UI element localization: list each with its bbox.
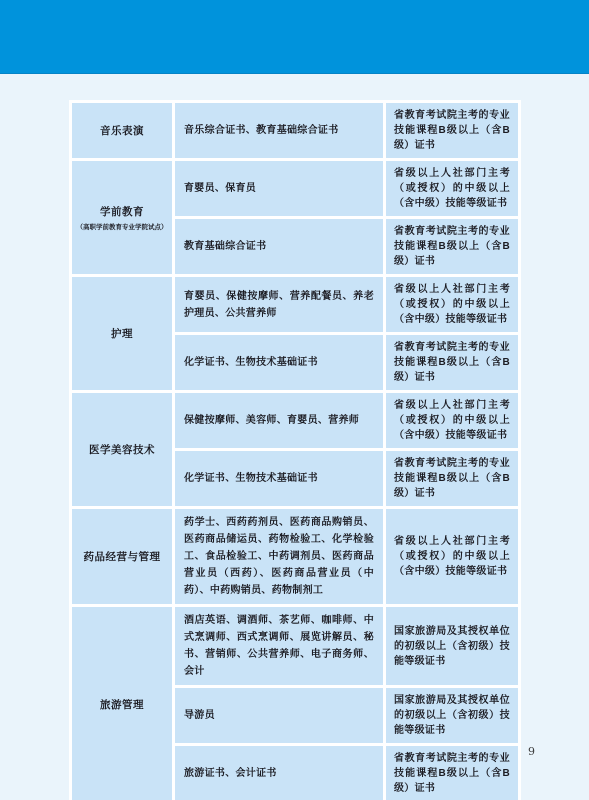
certs-cell: 化学证书、生物技术基础证书	[175, 451, 383, 506]
table-row: 医学美容技术保健按摩师、美容师、育婴员、营养师省级以上人社部门主考（或授权）的中…	[72, 393, 518, 448]
table-row: 药品经营与管理药学士、西药药剂员、医药商品购销员、医药商品储运员、药物检验工、化…	[72, 509, 518, 604]
requirement-cell: 省级以上人社部门主考（或授权）的中级以上（含中级）技能等级证书	[386, 393, 518, 448]
certs-cell: 保健按摩师、美容师、育婴员、营养师	[175, 393, 383, 448]
major-note: （高职学前教育专业学院试点）	[74, 222, 170, 231]
requirement-cell: 省级以上人社部门主考（或授权）的中级以上（含中级）技能等级证书	[386, 277, 518, 332]
major-cell: 学前教育（高职学前教育专业学院试点）	[72, 161, 172, 274]
requirement-cell: 国家旅游局及其授权单位的初级以上（含初级）技能等级证书	[386, 688, 518, 743]
major-cell: 音乐表演	[72, 103, 172, 158]
requirement-cell: 省级以上人社部门主考（或授权）的中级以上（含中级）技能等级证书	[386, 509, 518, 604]
requirement-cell: 省教育考试院主考的专业技能课程B级以上（含B级）证书	[386, 451, 518, 506]
major-cell: 护理	[72, 277, 172, 390]
table-row: 学前教育（高职学前教育专业学院试点）育婴员、保育员省级以上人社部门主考（或授权）…	[72, 161, 518, 216]
major-cell: 旅游管理	[72, 607, 172, 800]
certs-cell: 教育基础综合证书	[175, 219, 383, 274]
major-cell: 药品经营与管理	[72, 509, 172, 604]
header-band	[0, 0, 589, 74]
major-cell: 医学美容技术	[72, 393, 172, 506]
major-name: 旅游管理	[74, 697, 170, 712]
major-name: 药品经营与管理	[74, 549, 170, 564]
certs-cell: 导游员	[175, 688, 383, 743]
requirement-cell: 国家旅游局及其授权单位的初级以上（含初级）技能等级证书	[386, 607, 518, 685]
certs-cell: 育婴员、保育员	[175, 161, 383, 216]
major-name: 音乐表演	[74, 123, 170, 138]
table-row: 旅游管理酒店英语、调酒师、茶艺师、咖啡师、中式烹调师、西式烹调师、展览讲解员、秘…	[72, 607, 518, 685]
page-number: 9	[0, 745, 535, 758]
certs-cell: 育婴员、保健按摩师、营养配餐员、养老护理员、公共营养师	[175, 277, 383, 332]
requirement-cell: 省教育考试院主考的专业技能课程B级以上（含B级）证书	[386, 219, 518, 274]
certs-cell: 音乐综合证书、教育基础综合证书	[175, 103, 383, 158]
major-name: 护理	[74, 326, 170, 341]
requirement-cell: 省教育考试院主考的专业技能课程B级以上（含B级）证书	[386, 103, 518, 158]
document-page: 音乐表演音乐综合证书、教育基础综合证书省教育考试院主考的专业技能课程B级以上（含…	[0, 0, 589, 800]
requirement-cell: 省教育考试院主考的专业技能课程B级以上（含B级）证书	[386, 335, 518, 390]
major-name: 医学美容技术	[74, 442, 170, 457]
table-row: 音乐表演音乐综合证书、教育基础综合证书省教育考试院主考的专业技能课程B级以上（含…	[72, 103, 518, 158]
certs-cell: 酒店英语、调酒师、茶艺师、咖啡师、中式烹调师、西式烹调师、展览讲解员、秘书、营销…	[175, 607, 383, 685]
table-row: 护理育婴员、保健按摩师、营养配餐员、养老护理员、公共营养师省级以上人社部门主考（…	[72, 277, 518, 332]
certs-cell: 药学士、西药药剂员、医药商品购销员、医药商品储运员、药物检验工、化学检验工、食品…	[175, 509, 383, 604]
certs-cell: 化学证书、生物技术基础证书	[175, 335, 383, 390]
certificates-table: 音乐表演音乐综合证书、教育基础综合证书省教育考试院主考的专业技能课程B级以上（含…	[69, 100, 521, 800]
major-name: 学前教育	[74, 204, 170, 219]
requirement-cell: 省级以上人社部门主考（或授权）的中级以上（含中级）技能等级证书	[386, 161, 518, 216]
